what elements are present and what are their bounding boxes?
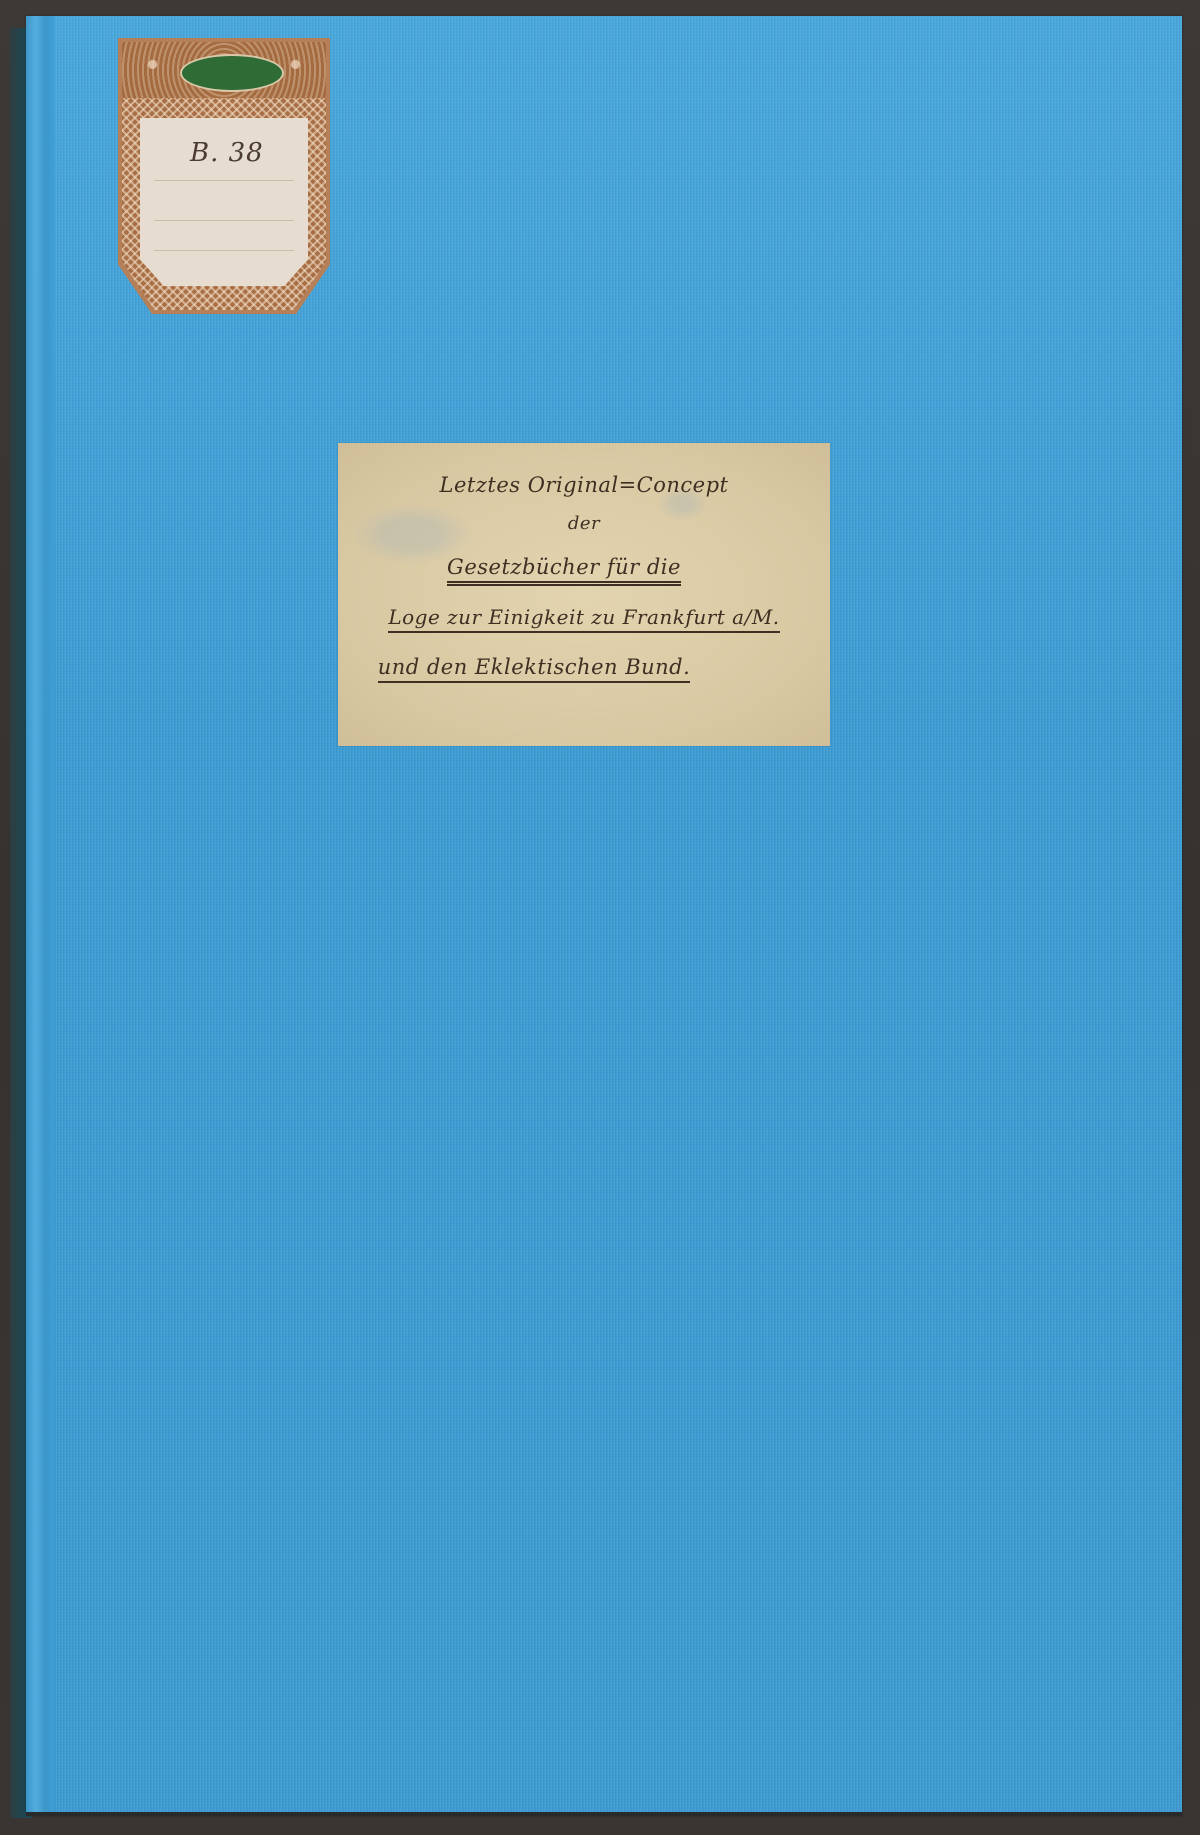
title-line-2: der [338, 513, 830, 534]
shelfmark-label: B. 38 [118, 38, 330, 314]
ruled-line [154, 180, 294, 181]
title-line-4: Loge zur Einigkeit zu Frankfurt a/M. [338, 605, 830, 629]
shelfmark-text: B. 38 [190, 138, 264, 168]
ruled-line [154, 250, 294, 251]
green-oval-cartouche [180, 54, 284, 92]
title-line-1: Letztes Original=Concept [338, 473, 830, 497]
title-line-5: und den Eklektischen Bund. [238, 655, 830, 679]
title-label: Letztes Original=Concept der Gesetzbüche… [338, 443, 830, 746]
shelfmark-field: B. 38 [140, 118, 308, 286]
ornamental-header [122, 42, 326, 98]
cover-bottom-edge [26, 1812, 1182, 1816]
title-line-3: Gesetzbücher für die [298, 555, 830, 579]
cover-hinge [26, 16, 54, 1816]
ruled-line [154, 220, 294, 221]
